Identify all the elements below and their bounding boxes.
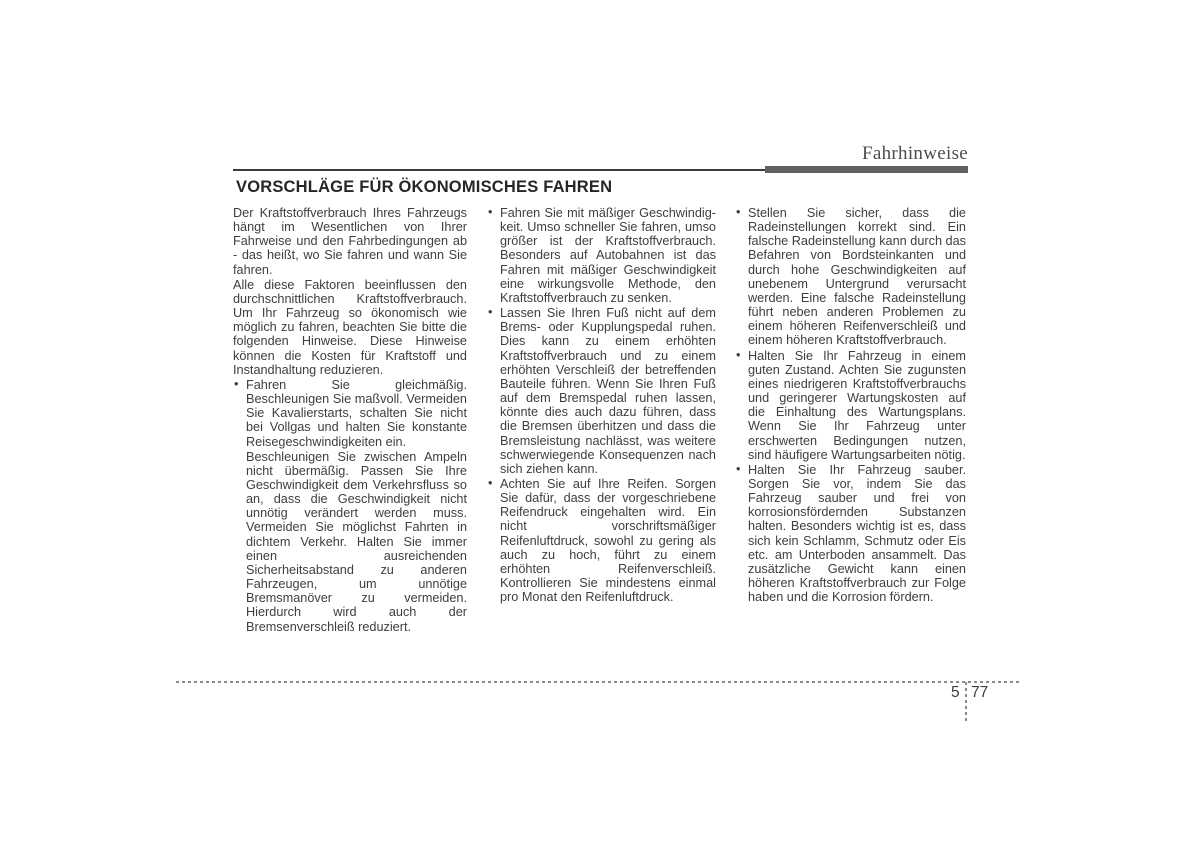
bullet-marker: • <box>736 462 740 476</box>
page-number-page: 77 <box>971 684 988 702</box>
bullet-item: • Halten Sie Ihr Fahrzeug sauber. Sorgen… <box>735 463 966 605</box>
body-columns: Der Kraftstoffverbrauch Ihres Fahrzeugs … <box>233 206 966 635</box>
page-heading: VORSCHLÄGE FÜR ÖKONOMISCHES FAHREN <box>236 178 612 197</box>
bullet-marker: • <box>736 348 740 362</box>
column-2: • Fahren Sie mit mäßiger Geschwindig­kei… <box>487 206 716 635</box>
bullet-marker: • <box>234 377 238 391</box>
bullet-marker: • <box>488 476 492 490</box>
bullet-marker: • <box>488 205 492 219</box>
bullet-text: Halten Sie Ihr Fahrzeug in einem guten Z… <box>748 349 966 462</box>
bullet-item: • Stellen Sie sicher, dass die Radeinste… <box>735 206 966 348</box>
bullet-text: Fahren Sie gleichmäßig. Beschleunigen Si… <box>246 378 467 449</box>
bullet-text: Achten Sie auf Ihre Reifen. Sorgen Sie d… <box>500 477 716 604</box>
footer-dashed-rule <box>176 681 1019 683</box>
bullet-text: Fahren Sie mit mäßiger Geschwindig­keit.… <box>500 206 716 305</box>
manual-page: Fahrhinweise VORSCHLÄGE FÜR ÖKONOMISCHES… <box>0 0 1200 848</box>
page-number-separator <box>965 682 967 722</box>
bullet-item: • Lassen Sie Ihren Fuß nicht auf dem Bre… <box>487 306 716 476</box>
column-3: • Stellen Sie sicher, dass die Radeinste… <box>735 206 966 635</box>
page-number-chapter: 5 <box>951 684 960 702</box>
column-1: Der Kraftstoffverbrauch Ihres Fahrzeugs … <box>233 206 467 635</box>
section-title: Fahrhinweise <box>862 143 968 165</box>
body-paragraph: Der Kraftstoffverbrauch Ihres Fahrzeugs … <box>233 206 467 277</box>
bullet-text: Lassen Sie Ihren Fuß nicht auf dem Brems… <box>500 306 716 476</box>
bullet-marker: • <box>736 205 740 219</box>
bullet-text: Stellen Sie sicher, dass die Radeinstell… <box>748 206 966 347</box>
bullet-marker: • <box>488 305 492 319</box>
header-rule-thick <box>765 166 968 173</box>
body-paragraph-indented: Beschleunigen Sie zwischen Ampeln nicht … <box>233 450 467 634</box>
bullet-text: Halten Sie Ihr Fahrzeug sauber. Sorgen S… <box>748 463 966 604</box>
header-rule-thin <box>233 169 765 171</box>
body-paragraph: Alle diese Faktoren beeinflussen den dur… <box>233 278 467 377</box>
bullet-item: • Halten Sie Ihr Fahrzeug in einem guten… <box>735 349 966 462</box>
bullet-item: • Achten Sie auf Ihre Reifen. Sorgen Sie… <box>487 477 716 604</box>
bullet-item: • Fahren Sie mit mäßiger Geschwindig­kei… <box>487 206 716 305</box>
bullet-item: • Fahren Sie gleichmäßig. Beschleunigen … <box>233 378 467 449</box>
